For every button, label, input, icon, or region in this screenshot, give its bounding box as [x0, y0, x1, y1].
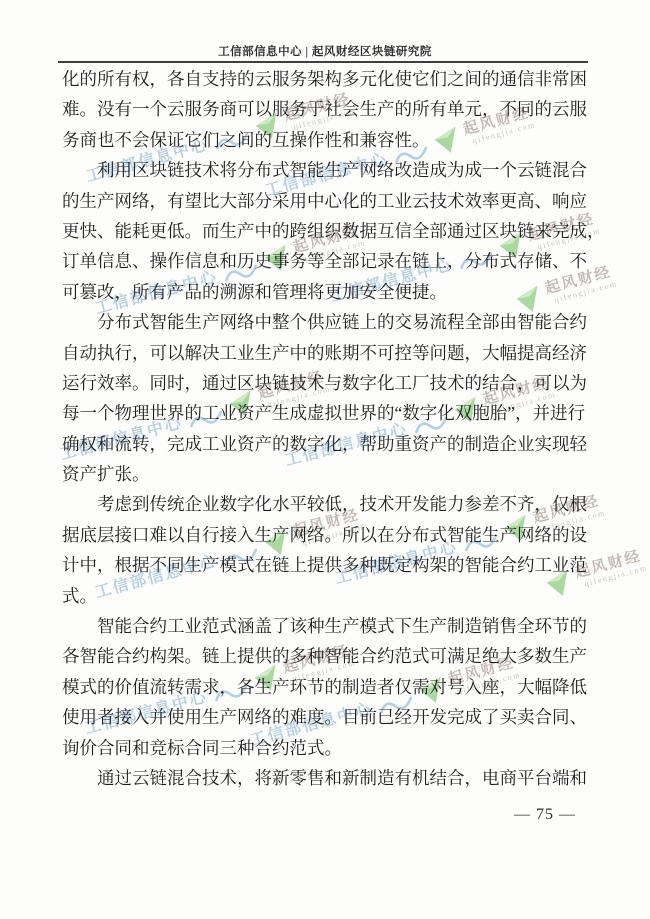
text-line: 每一个物理世界的工业资产生成虚拟世界的“数字化双胞胎”，并进行	[62, 398, 605, 428]
text-line: 据底层接口难以自行接入生产网络。所以在分布式智能生产网络的设	[62, 520, 605, 550]
text-line: 询价合同和竞标合同三种合约范式。	[62, 733, 605, 763]
text-line: 通过云链混合技术，将新零售和新制造有机结合，电商平台端和	[62, 763, 605, 793]
text-line: 使用者接入并使用生产网络的难度。目前已经开发完成了买卖合同、	[62, 702, 605, 732]
page-header-title: 工信部信息中心 | 起风财经区块链研究院	[0, 43, 650, 59]
text-line: 更快、能耗更低。而生产中的跨组织数据互信全部通过区块链来完成，	[62, 216, 605, 246]
text-line: 确权和流转，完成工业资产的数字化，帮助重资产的制造企业实现轻	[62, 429, 605, 459]
text-line: 的生产网络，有望比大部分采用中心化的工业云技术效率更高、响应	[62, 186, 605, 216]
text-line: 计中，根据不同生产模式在链上提供多种既定构架的智能合约工业范	[62, 550, 605, 580]
text-line: 务商也不会保证它们之间的互操作性和兼容性。	[62, 125, 605, 155]
page-number: — 75 —	[505, 806, 585, 824]
text-line: 运行效率。同时，通过区块链技术与数字化工厂技术的结合，可以为	[62, 368, 605, 398]
text-line: 分布式智能生产网络中整个供应链上的交易流程全部由智能合约	[62, 307, 605, 337]
text-line: 各智能合约构架。链上提供的多种智能合约范式可满足绝大多数生产	[62, 641, 605, 671]
text-line: 自动执行，可以解决工业生产中的账期不可控等问题，大幅提高经济	[62, 338, 605, 368]
text-line: 订单信息、操作信息和历史事务等全部记录在链上，分布式存储、不	[62, 246, 605, 276]
text-line: 资产扩张。	[62, 459, 605, 489]
header-divider	[58, 61, 588, 63]
document-page: 工信部信息中心起风财经qifengjia.com工信部信息中心起风财经qifen…	[0, 0, 650, 919]
text-line: 难。没有一个云服务商可以服务于社会生产的所有单元，不同的云服	[62, 94, 605, 124]
text-line: 式。	[62, 581, 605, 611]
body-text: 化的所有权，各自支持的云服务架构多元化使它们之间的通信非常困难。没有一个云服务商…	[62, 64, 605, 793]
text-line: 智能合约工业范式涵盖了该种生产模式下生产制造销售全环节的	[62, 611, 605, 641]
text-line: 模式的价值流转需求，各生产环节的制造者仅需对号入座，大幅降低	[62, 672, 605, 702]
text-line: 可篡改，所有产品的溯源和管理将更加安全便捷。	[62, 277, 605, 307]
text-line: 利用区块链技术将分布式智能生产网络改造成为成一个云链混合	[62, 155, 605, 185]
text-line: 考虑到传统企业数字化水平较低，技术开发能力参差不齐，仅根	[62, 489, 605, 519]
text-line: 化的所有权，各自支持的云服务架构多元化使它们之间的通信非常困	[62, 64, 605, 94]
